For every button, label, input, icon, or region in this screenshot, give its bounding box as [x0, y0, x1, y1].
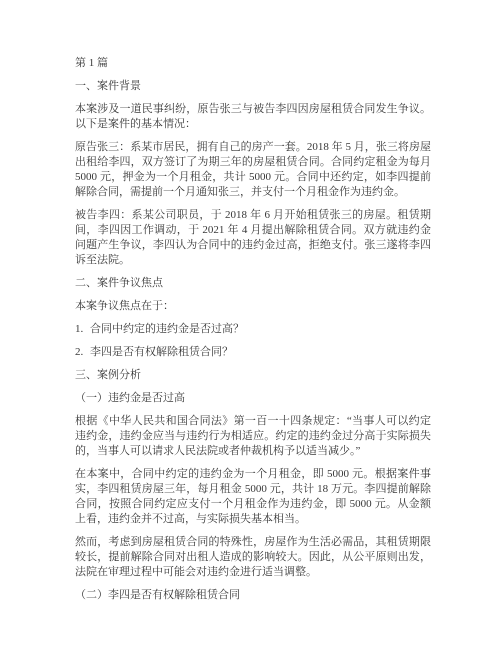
- list-item-1-text: 合同中约定的违约金是否过高？: [90, 322, 431, 337]
- list-item-1: 1. 合同中约定的违约金是否过高？: [75, 322, 431, 337]
- paragraph-defendant: 被告李四：系某公司职员，于 2018 年 6 月开始租赁张三的房屋。租赁期间，李…: [75, 208, 431, 268]
- part-title: 第 1 篇: [75, 56, 431, 71]
- list-item-2-text: 李四是否有权解除租赁合同？: [90, 345, 431, 360]
- document-page: 第 1 篇 一、案件背景 本案涉及一道民事纠纷，原告张三与被告李四因房屋租赁合同…: [0, 0, 502, 649]
- paragraph-intro: 本案涉及一道民事纠纷，原告张三与被告李四因房屋租赁合同发生争议。以下是案件的基本…: [75, 102, 431, 132]
- paragraph-case-analysis: 在本案中，合同中约定的违约金为一个月租金，即 5000 元。根据案件事实，李四租…: [75, 467, 431, 527]
- heading-case-background: 一、案件背景: [75, 79, 431, 94]
- paragraph-focus-intro: 本案争议焦点在于：: [75, 299, 431, 314]
- subheading-question-2: （二）李四是否有权解除租赁合同: [75, 588, 431, 603]
- list-item-2-marker: 2.: [75, 345, 90, 360]
- paragraph-however: 然而，考虑到房屋租赁合同的特殊性，房屋作为生活必需品，其租赁期限较长，提前解除合…: [75, 535, 431, 580]
- list-item-2: 2. 李四是否有权解除租赁合同？: [75, 345, 431, 360]
- paragraph-law-basis: 根据《中华人民共和国合同法》第一百一十四条规定：“当事人可以约定违约金，违约金应…: [75, 414, 431, 459]
- paragraph-plaintiff: 原告张三：系某市居民，拥有自己的房产一套。2018 年 5 月，张三将房屋出租给…: [75, 140, 431, 200]
- heading-case-analysis: 三、案例分析: [75, 368, 431, 383]
- subheading-question-1: （一）违约金是否过高: [75, 391, 431, 406]
- list-item-1-marker: 1.: [75, 322, 90, 337]
- heading-dispute-focus: 二、案件争议焦点: [75, 276, 431, 291]
